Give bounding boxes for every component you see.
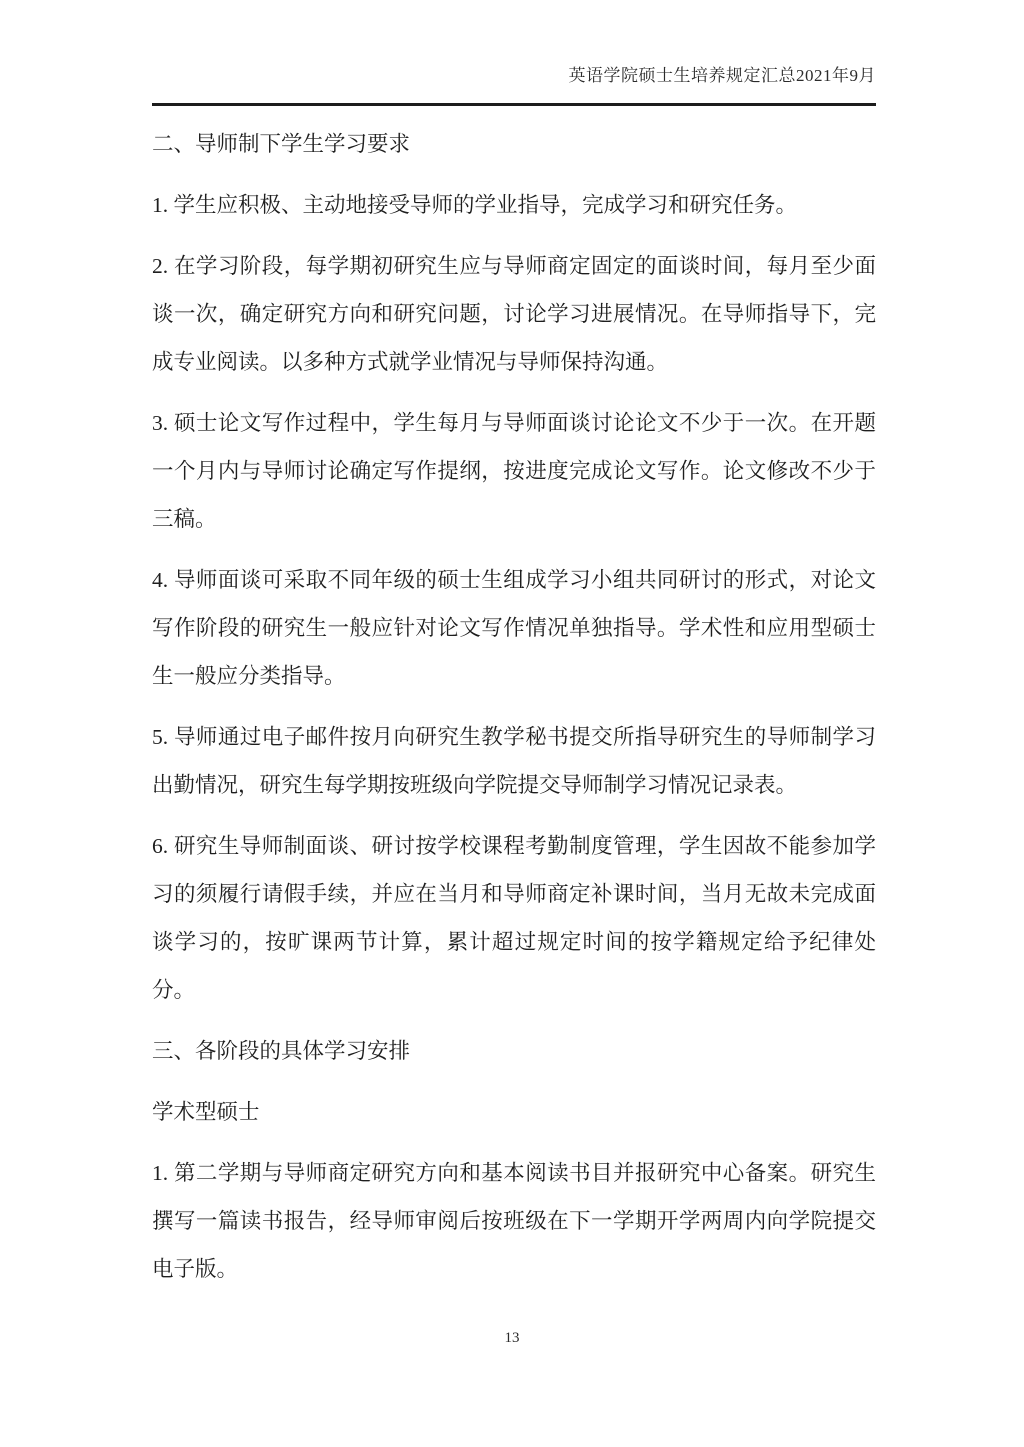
paragraph: 1. 第二学期与导师商定研究方向和基本阅读书目并报研究中心备案。研究生撰写一篇读… bbox=[152, 1149, 876, 1293]
paragraph: 5. 导师通过电子邮件按月向研究生教学秘书提交所指导研究生的导师制学习出勤情况，… bbox=[152, 713, 876, 809]
paragraph: 6. 研究生导师制面谈、研讨按学校课程考勤制度管理，学生因故不能参加学习的须履行… bbox=[152, 822, 876, 1014]
document-page: 英语学院硕士生培养规定汇总2021年9月 二、导师制下学生学习要求 1. 学生应… bbox=[0, 0, 1024, 1447]
page-number: 13 bbox=[505, 1330, 520, 1346]
subsection-heading: 学术型硕士 bbox=[152, 1088, 876, 1136]
document-header: 英语学院硕士生培养规定汇总2021年9月 bbox=[0, 0, 1024, 88]
document-body: 二、导师制下学生学习要求 1. 学生应积极、主动地接受导师的学业指导，完成学习和… bbox=[152, 106, 876, 1293]
paragraph: 4. 导师面谈可采取不同年级的硕士生组成学习小组共同研讨的形式，对论文写作阶段的… bbox=[152, 556, 876, 700]
paragraph: 1. 学生应积极、主动地接受导师的学业指导，完成学习和研究任务。 bbox=[152, 181, 876, 229]
paragraph: 2. 在学习阶段，每学期初研究生应与导师商定固定的面谈时间，每月至少面谈一次，确… bbox=[152, 242, 876, 386]
paragraph: 3. 硕士论文写作过程中，学生每月与导师面谈讨论论文不少于一次。在开题一个月内与… bbox=[152, 399, 876, 543]
page-footer: 13 bbox=[0, 1330, 1024, 1347]
section-heading: 二、导师制下学生学习要求 bbox=[152, 120, 876, 168]
section-heading: 三、各阶段的具体学习安排 bbox=[152, 1027, 876, 1075]
